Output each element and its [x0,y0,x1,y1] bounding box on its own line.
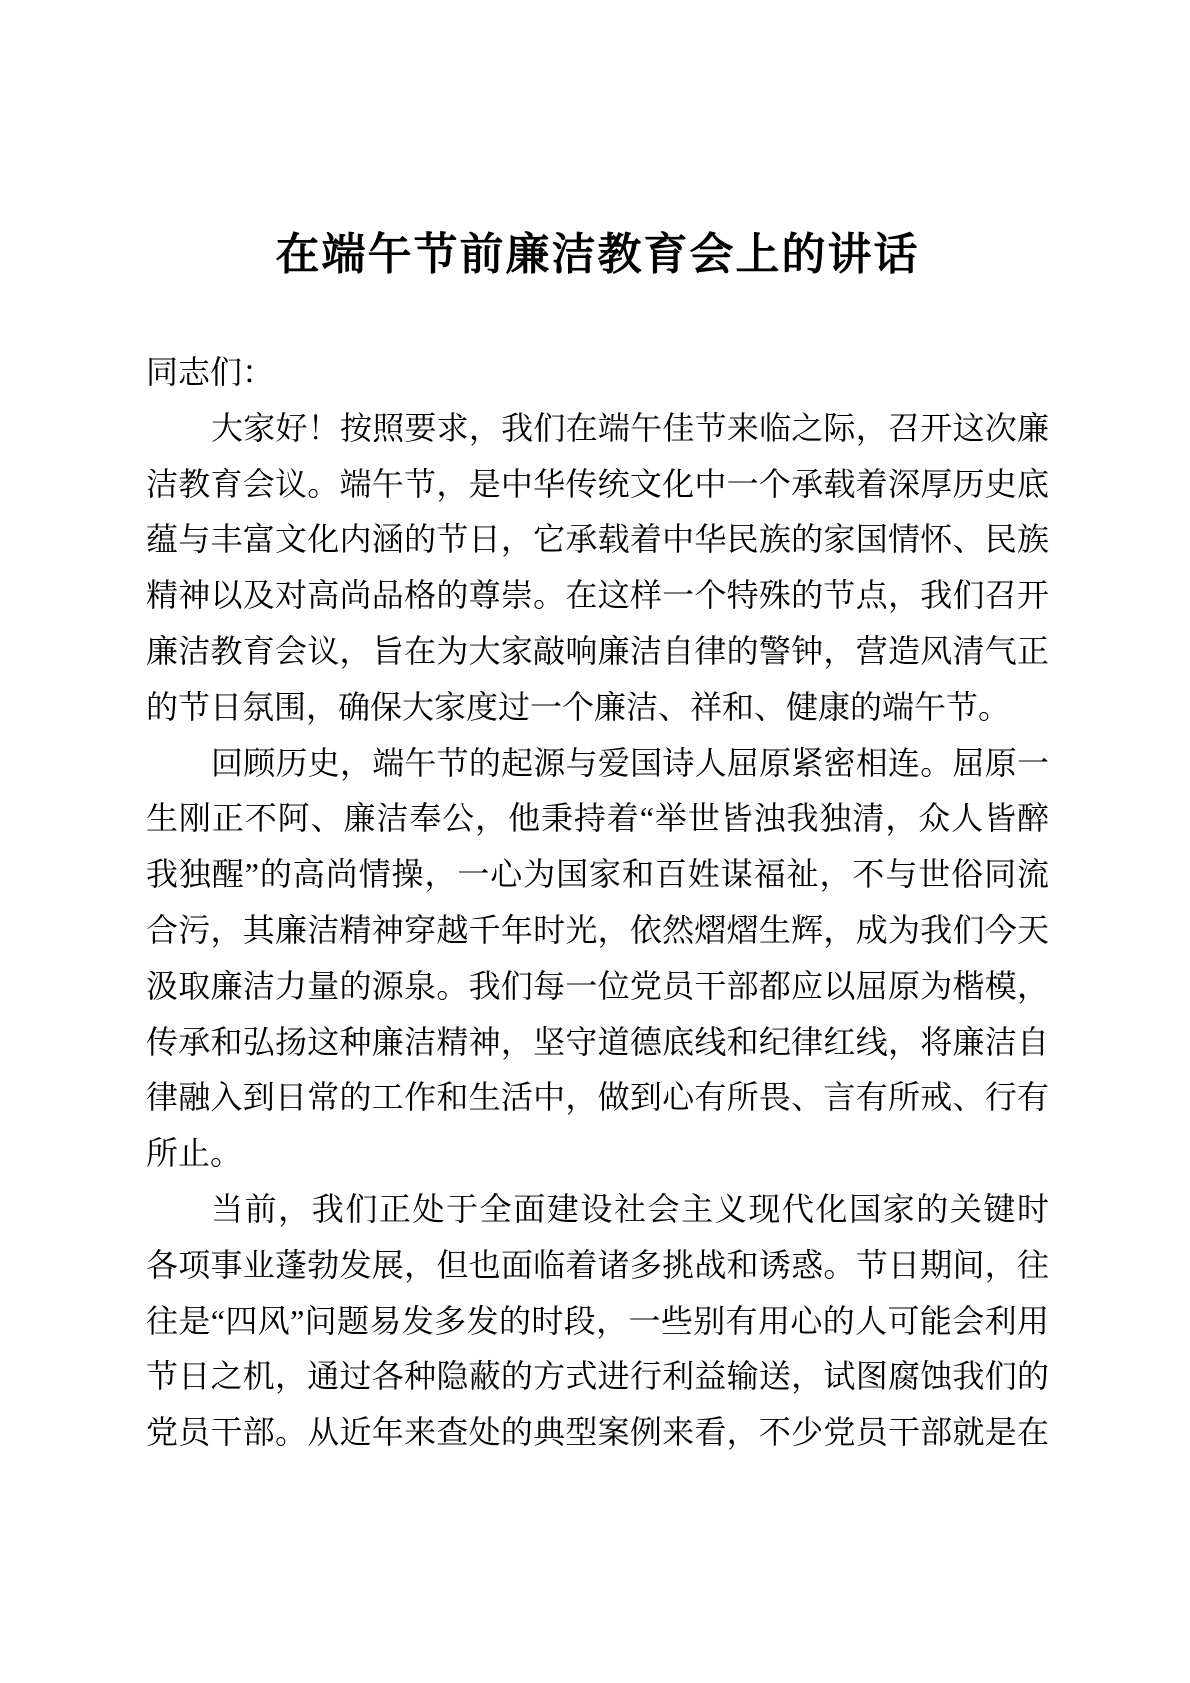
text-line: 蕴与丰富文化内涵的节日，它承载着中华民族的家国情怀、民族 [146,512,1049,568]
text-line: 汲取廉洁力量的源泉。我们每一位党员干部都应以屈原为楷模， [146,959,1049,1015]
document-body: 同志们：大家好！按照要求，我们在端午佳节来临之际，召开这次廉洁教育会议。端午节，… [146,345,1049,1461]
text-line: 的节日氛围，确保大家度过一个廉洁、祥和、健康的端午节。 [146,680,1049,736]
text-line: 合污，其廉洁精神穿越千年时光，依然熠熠生辉，成为我们今天 [146,903,1049,959]
text-line: 所止。 [146,1126,1049,1182]
text-line: 往是“四风”问题易发多发的时段，一些别有用心的人可能会利用 [146,1294,1049,1350]
text-line: 我独醒”的高尚情操，一心为国家和百姓谋福祉，不与世俗同流 [146,847,1049,903]
text-line: 同志们： [146,345,1049,401]
text-line: 各项事业蓬勃发展，但也面临着诸多挑战和诱惑。节日期间，往 [146,1238,1049,1294]
document-title: 在端午节前廉洁教育会上的讲话 [146,226,1049,284]
text-line: 传承和弘扬这种廉洁精神，坚守道德底线和纪律红线，将廉洁自 [146,1015,1049,1071]
text-line: 大家好！按照要求，我们在端午佳节来临之际，召开这次廉 [146,401,1049,457]
text-line: 廉洁教育会议，旨在为大家敲响廉洁自律的警钟，营造风清气正 [146,624,1049,680]
text-line: 党员干部。从近年来查处的典型案例来看，不少党员干部就是在 [146,1405,1049,1461]
document-page: 在端午节前廉洁教育会上的讲话 同志们：大家好！按照要求，我们在端午佳节来临之际，… [0,0,1190,1683]
text-line: 节日之机，通过各种隐蔽的方式进行利益输送，试图腐蚀我们的 [146,1349,1049,1405]
text-line: 律融入到日常的工作和生活中，做到心有所畏、言有所戒、行有 [146,1070,1049,1126]
text-line: 当前，我们正处于全面建设社会主义现代化国家的关键时期， [146,1182,1049,1238]
text-line: 精神以及对高尚品格的尊崇。在这样一个特殊的节点，我们召开 [146,568,1049,624]
text-line: 洁教育会议。端午节，是中华传统文化中一个承载着深厚历史底 [146,457,1049,513]
text-line: 生刚正不阿、廉洁奉公，他秉持着“举世皆浊我独清，众人皆醉 [146,791,1049,847]
text-line: 回顾历史，端午节的起源与爱国诗人屈原紧密相连。屈原一 [146,736,1049,792]
